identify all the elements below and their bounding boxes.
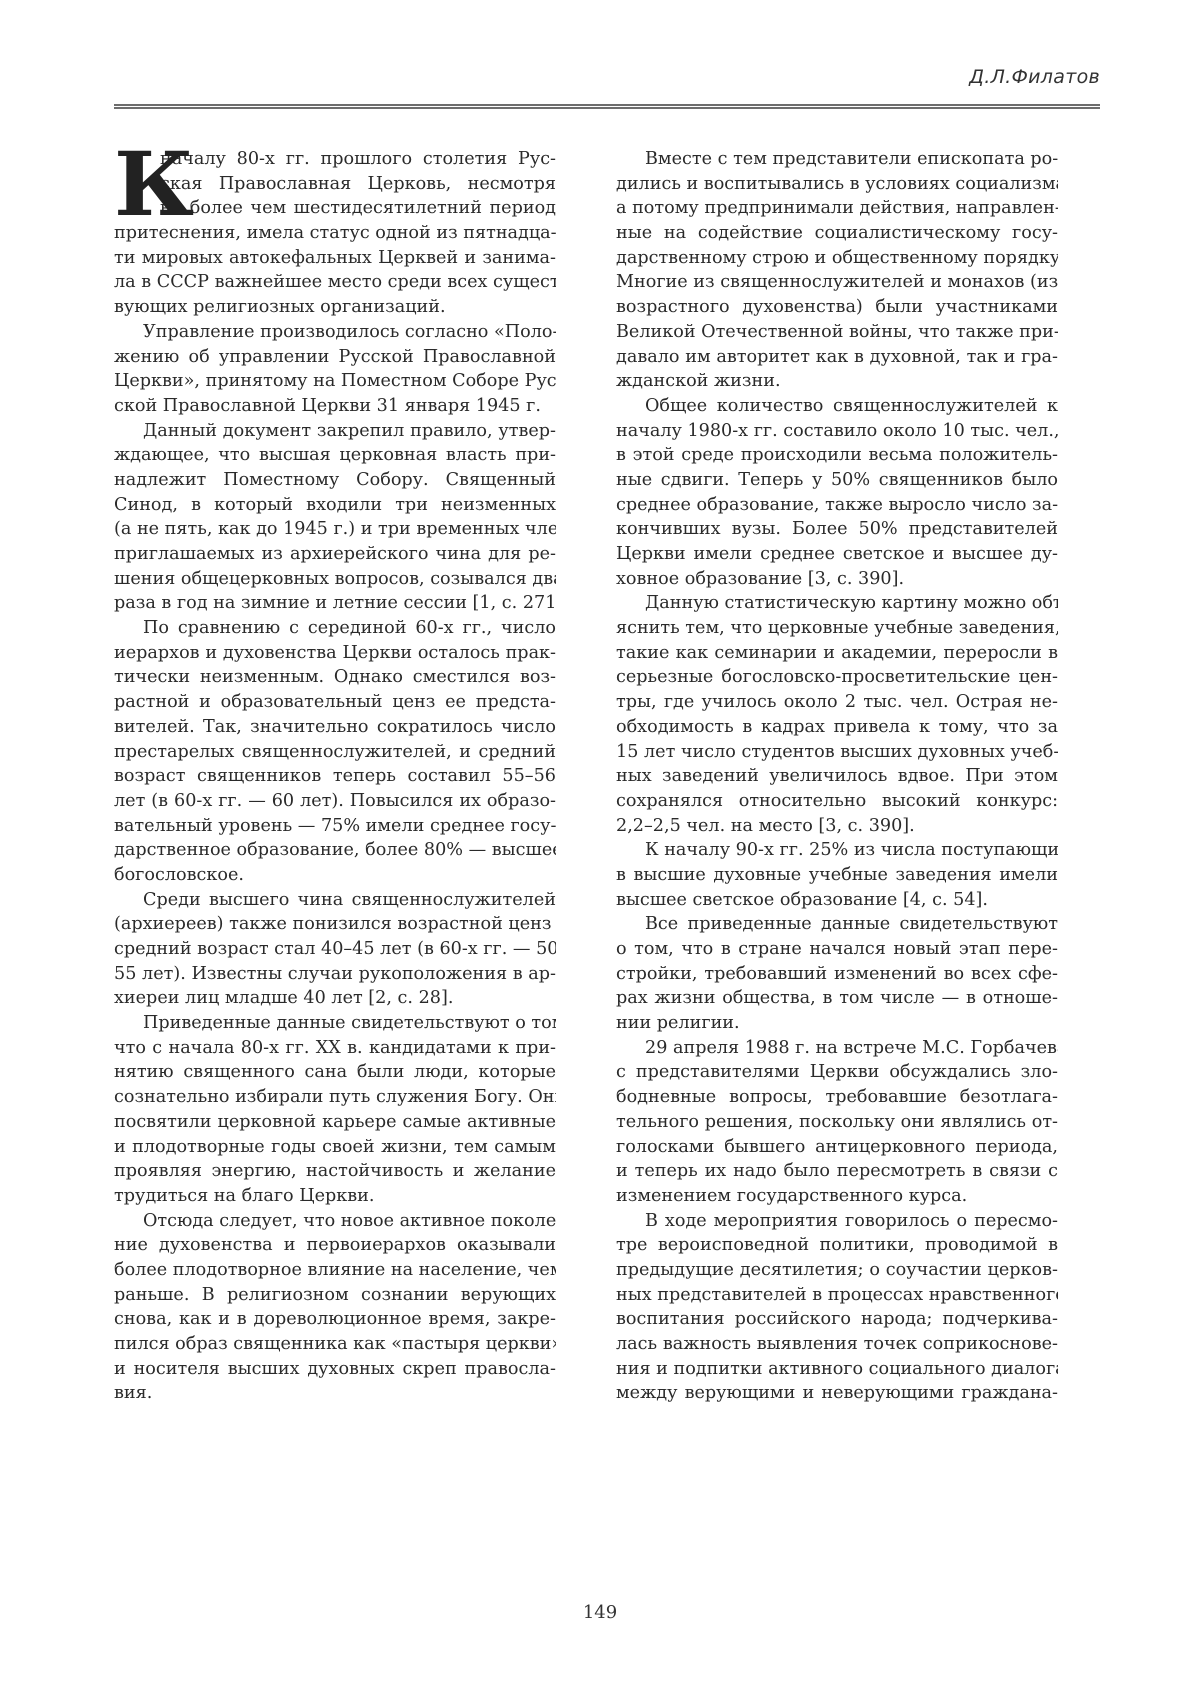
text-line: высшее светское образование [4, с. 54]. bbox=[616, 888, 1058, 913]
text-line: 55 лет). Известны случаи рукоположения в… bbox=[114, 962, 556, 987]
text-line: нятию священного сана были люди, которые bbox=[114, 1060, 556, 1085]
text-line: дились и воспитывались в условиях социал… bbox=[616, 172, 1058, 197]
text-line: ти мировых автокефальных Церквей и заним… bbox=[114, 246, 556, 271]
paragraph-statistics: Данную статистическую картину можно объ-… bbox=[616, 591, 1058, 838]
text-line: жданской жизни. bbox=[616, 369, 1058, 394]
text-line: тры, где училось около 2 тыс. чел. Остра… bbox=[616, 690, 1058, 715]
text-line: 15 лет число студентов высших духовных у… bbox=[616, 740, 1058, 765]
text-line: нии религии. bbox=[616, 1011, 1058, 1036]
text-line: стройки, требовавший изменений во всех с… bbox=[616, 962, 1058, 987]
right-column: Вместе с тем представители епископата ро… bbox=[616, 147, 1058, 1406]
text-line: возраст священников теперь составил 55–5… bbox=[114, 764, 556, 789]
text-line: а потому предпринимали действия, направл… bbox=[616, 196, 1058, 221]
text-line: предыдущие десятилетия; о соучастии церк… bbox=[616, 1258, 1058, 1283]
text-line: началу 1980-х гг. составило около 10 тыс… bbox=[616, 419, 1058, 444]
text-line: посвятили церковной карьере самые активн… bbox=[114, 1110, 556, 1135]
text-line: шения общецерковных вопросов, созывался … bbox=[114, 567, 556, 592]
text-line: тре вероисповедной политики, проводимой … bbox=[616, 1233, 1058, 1258]
paragraph-new-generation: Отсюда следует, что новое активное покол… bbox=[114, 1209, 556, 1407]
text-line: снова, как и в дореволюционное время, за… bbox=[114, 1307, 556, 1332]
text-line: лет (в 60-х гг. — 60 лет). Повысился их … bbox=[114, 789, 556, 814]
text-line: Данный документ закрепил правило, утвер- bbox=[114, 419, 556, 444]
text-line: дарственному строю и общественному поряд… bbox=[616, 246, 1058, 271]
text-line: более плодотворное влияние на население,… bbox=[114, 1258, 556, 1283]
text-line: престарелых священнослужителей, и средни… bbox=[114, 740, 556, 765]
text-line: Церкви имели среднее светское и высшее д… bbox=[616, 542, 1058, 567]
text-line: иерархов и духовенства Церкви осталось п… bbox=[114, 641, 556, 666]
header-double-rule bbox=[114, 104, 1100, 109]
text-line: обходимость в кадрах привела к тому, что… bbox=[616, 715, 1058, 740]
running-head-author: Д.Л.Филатов bbox=[969, 66, 1100, 88]
text-line: серьезные богословско-просветительские ц… bbox=[616, 665, 1058, 690]
text-line: лась важность выявления точек соприкосно… bbox=[616, 1332, 1058, 1357]
text-line: надлежит Поместному Собору. Священный bbox=[114, 468, 556, 493]
text-line: Данную статистическую картину можно объ- bbox=[616, 591, 1058, 616]
text-line: о том, что в стране начался новый этап п… bbox=[616, 937, 1058, 962]
text-line: в этой среде происходили весьма положите… bbox=[616, 443, 1058, 468]
text-line: Общее количество священнослужителей к bbox=[616, 394, 1058, 419]
text-line: и плодотворные годы своей жизни, тем сам… bbox=[114, 1135, 556, 1160]
text-line: среднее образование, также выросло число… bbox=[616, 493, 1058, 518]
text-line: и носителя высших духовных скреп правосл… bbox=[114, 1357, 556, 1382]
text-line: растной и образовательный ценз ее предст… bbox=[114, 690, 556, 715]
text-line: рах жизни общества, в том числе — в отно… bbox=[616, 986, 1058, 1011]
text-line: 29 апреля 1988 г. на встрече М.С. Горбач… bbox=[616, 1036, 1058, 1061]
text-line: Великой Отечественной войны, что также п… bbox=[616, 320, 1058, 345]
text-line: ла в СССР важнейшее место среди всех сущ… bbox=[114, 270, 556, 295]
text-line: такие как семинарии и академии, переросл… bbox=[616, 641, 1058, 666]
text-line: По сравнению с серединой 60-х гг., число bbox=[114, 616, 556, 641]
paragraph-90s: К началу 90-х гг. 25% из числа поступающ… bbox=[616, 838, 1058, 912]
text-line: с представителями Церкви обсуждались зло… bbox=[616, 1060, 1058, 1085]
paragraph-clergy-count: Общее количество священнослужителей к на… bbox=[616, 394, 1058, 592]
paragraph-bishops: Среди высшего чина священнослужителей (а… bbox=[114, 888, 556, 1011]
text-line: ные на содействие социалистическому госу… bbox=[616, 221, 1058, 246]
text-line: Церкви», принятому на Поместном Соборе Р… bbox=[114, 369, 556, 394]
text-line: вия. bbox=[114, 1381, 556, 1406]
text-line: вательный уровень — 75% имели среднее го… bbox=[114, 814, 556, 839]
paragraph-intro: К началу 80-х гг. прошлого столетия Рус-… bbox=[114, 147, 556, 320]
text-line: (архиереев) также понизился возрастной ц… bbox=[114, 912, 556, 937]
text-line: сохранялся относительно высокий конкурс: bbox=[616, 789, 1058, 814]
paragraph-episcopate: Вместе с тем представители епископата ро… bbox=[616, 147, 1058, 394]
text-line: Приведенные данные свидетельствуют о том… bbox=[114, 1011, 556, 1036]
text-line: ской Православной Церкви 31 января 1945 … bbox=[114, 394, 556, 419]
text-line: бодневные вопросы, требовавшие безотлага… bbox=[616, 1085, 1058, 1110]
text-line: ховное образование [3, с. 390]. bbox=[616, 567, 1058, 592]
paragraph-gorbachev-meeting: 29 апреля 1988 г. на встрече М.С. Горбач… bbox=[616, 1036, 1058, 1209]
text-line: давало им авторитет как в духовной, так … bbox=[616, 345, 1058, 370]
text-line: приглашаемых из архиерейского чина для р… bbox=[114, 542, 556, 567]
paragraph-meeting-topics: В ходе мероприятия говорилось о пересмо-… bbox=[616, 1209, 1058, 1407]
text-line: изменением государственного курса. bbox=[616, 1184, 1058, 1209]
text-line: Среди высшего чина священнослужителей bbox=[114, 888, 556, 913]
text-line: раза в год на зимние и летние сессии [1,… bbox=[114, 591, 556, 616]
text-line: Отсюда следует, что новое активное покол… bbox=[114, 1209, 556, 1234]
text-line: Все приведенные данные свидетельствуют bbox=[616, 912, 1058, 937]
text-line: средний возраст стал 40–45 лет (в 60-х г… bbox=[114, 937, 556, 962]
text-line: между верующими и неверующими граждана- bbox=[616, 1381, 1058, 1406]
text-line: ние духовенства и первоиерархов оказывал… bbox=[114, 1233, 556, 1258]
text-line: жению об управлении Русской Православной bbox=[114, 345, 556, 370]
text-line: и теперь их надо было пересмотреть в свя… bbox=[616, 1159, 1058, 1184]
page-number: 149 bbox=[0, 1602, 1200, 1623]
paragraph-comparison: По сравнению с серединой 60-х гг., число… bbox=[114, 616, 556, 888]
text-line: воспитания российского народа; подчеркив… bbox=[616, 1307, 1058, 1332]
paragraph-document: Данный документ закрепил правило, утвер-… bbox=[114, 419, 556, 617]
text-line: голосками бывшего антицерковного периода… bbox=[616, 1135, 1058, 1160]
text-line: дарственное образование, более 80% — выс… bbox=[114, 838, 556, 863]
text-line: сознательно избирали путь служения Богу.… bbox=[114, 1085, 556, 1110]
text-line: трудиться на благо Церкви. bbox=[114, 1184, 556, 1209]
text-line: ния и подпитки активного социального диа… bbox=[616, 1357, 1058, 1382]
text-line: К началу 90-х гг. 25% из числа поступающ… bbox=[616, 838, 1058, 863]
text-line: ных представителей в процессах нравствен… bbox=[616, 1283, 1058, 1308]
text-line: возрастного духовенства) были участникам… bbox=[616, 295, 1058, 320]
text-line: пился образ священника как «пастыря церк… bbox=[114, 1332, 556, 1357]
text-line: хиереи лиц младше 40 лет [2, с. 28]. bbox=[114, 986, 556, 1011]
text-line: ждающее, что высшая церковная власть при… bbox=[114, 443, 556, 468]
text-line: Синод, в который входили три неизменных bbox=[114, 493, 556, 518]
text-line: ные сдвиги. Теперь у 50% священников был… bbox=[616, 468, 1058, 493]
text-line: Вместе с тем представители епископата ро… bbox=[616, 147, 1058, 172]
text-line: ных заведений увеличилось вдвое. При это… bbox=[616, 764, 1058, 789]
text-line: тельного решения, поскольку они являлись… bbox=[616, 1110, 1058, 1135]
text-line: в высшие духовные учебные заведения имел… bbox=[616, 863, 1058, 888]
text-line: кончивших вузы. Более 50% представителей bbox=[616, 517, 1058, 542]
text-line: вителей. Так, значительно сократилось чи… bbox=[114, 715, 556, 740]
text-line: (а не пять, как до 1945 г.) и три времен… bbox=[114, 517, 556, 542]
paragraph-candidates: Приведенные данные свидетельствуют о том… bbox=[114, 1011, 556, 1209]
text-line: богословское. bbox=[114, 863, 556, 888]
drop-cap: К bbox=[114, 143, 194, 225]
text-line: тически неизменным. Однако сместился воз… bbox=[114, 665, 556, 690]
text-line: вующих религиозных организаций. bbox=[114, 295, 556, 320]
text-line: Управление производилось согласно «Поло- bbox=[114, 320, 556, 345]
text-line: что с начала 80-х гг. XX в. кандидатами … bbox=[114, 1036, 556, 1061]
text-line: яснить тем, что церковные учебные заведе… bbox=[616, 616, 1058, 641]
text-line: проявляя энергию, настойчивость и желани… bbox=[114, 1159, 556, 1184]
text-line: Многие из священнослужителей и монахов (… bbox=[616, 270, 1058, 295]
text-line: 2,2–2,5 чел. на место [3, с. 390]. bbox=[616, 814, 1058, 839]
text-line: раньше. В религиозном сознании верующих bbox=[114, 1283, 556, 1308]
left-column: К началу 80-х гг. прошлого столетия Рус-… bbox=[114, 147, 556, 1406]
paragraph-perestroika: Все приведенные данные свидетельствуют о… bbox=[616, 912, 1058, 1035]
text-line: В ходе мероприятия говорилось о пересмо- bbox=[616, 1209, 1058, 1234]
paragraph-governance: Управление производилось согласно «Поло-… bbox=[114, 320, 556, 419]
